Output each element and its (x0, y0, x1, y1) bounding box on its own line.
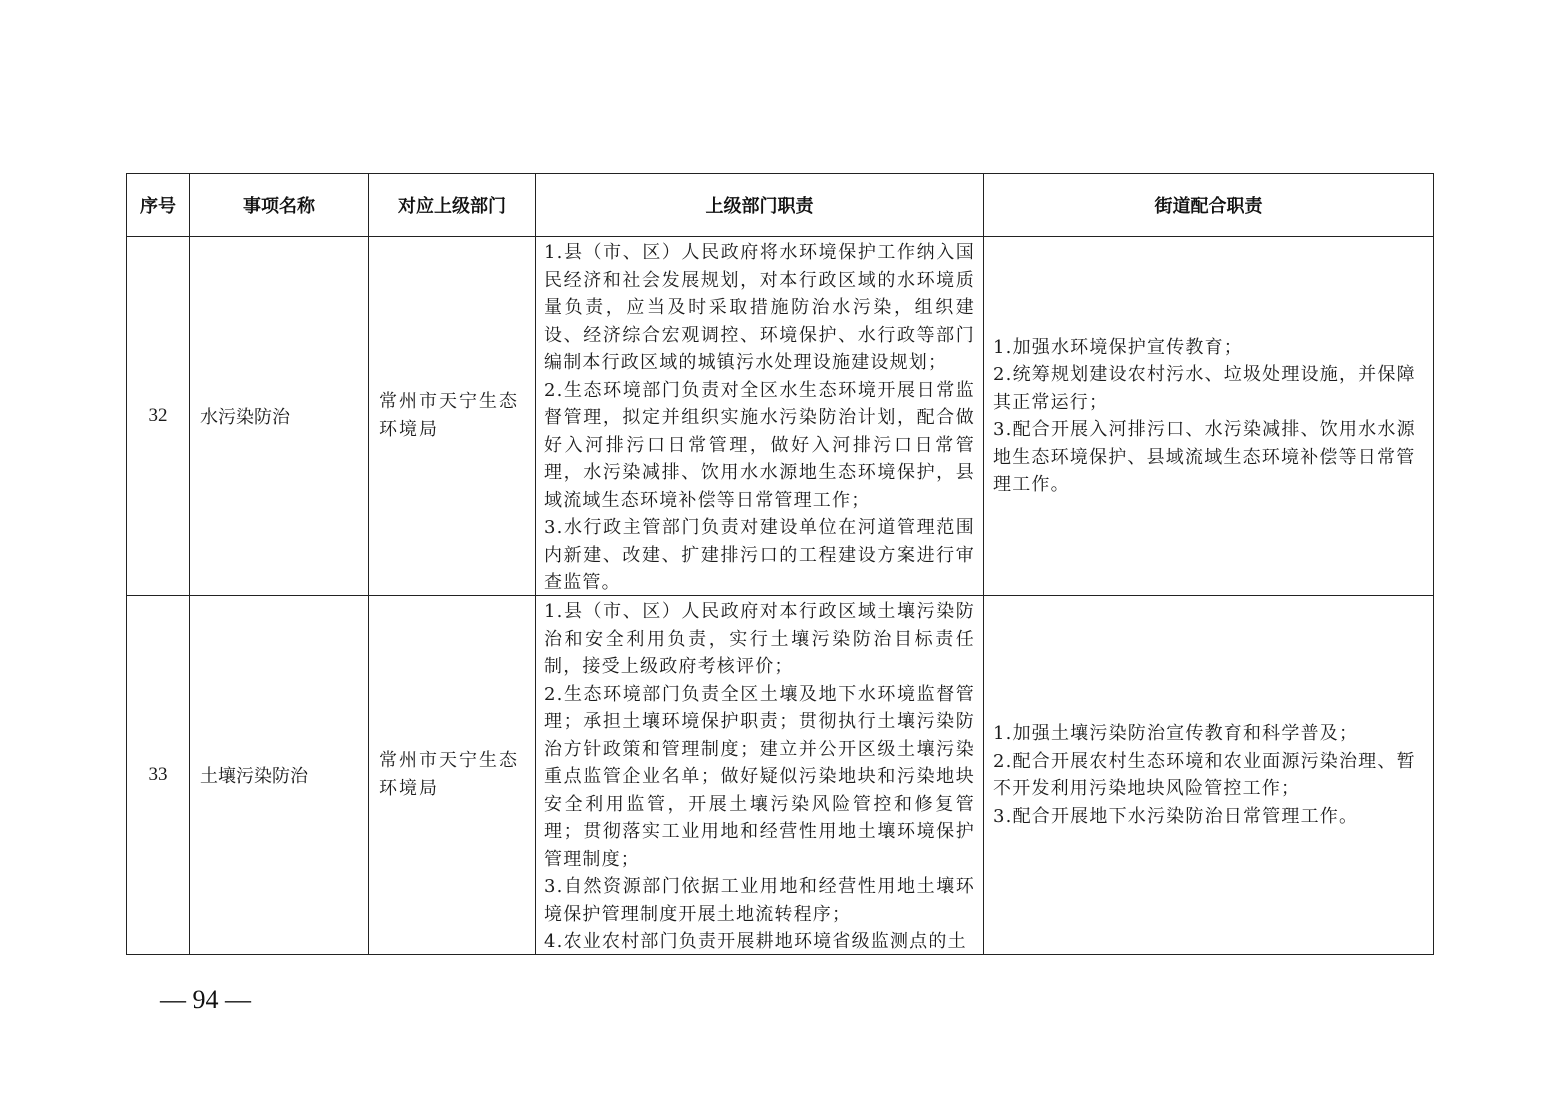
duty-paragraph: 1.县（市、区）人民政府对本行政区域土壤污染防治和安全利用负责，实行土壤污染防治… (544, 598, 975, 681)
row-superior-duties: 1.县（市、区）人民政府将水环境保护工作纳入国民经济和社会发展规划，对本行政区域… (536, 237, 984, 596)
header-department: 对应上级部门 (369, 174, 536, 237)
table-row: 32 水污染防治 常州市天宁生态环境局 1.县（市、区）人民政府将水环境保护工作… (127, 237, 1434, 596)
row-number: 32 (127, 237, 190, 596)
row-superior-duties: 1.县（市、区）人民政府对本行政区域土壤污染防治和安全利用负责，实行土壤污染防治… (536, 596, 984, 955)
duty-paragraph: 2.生态环境部门负责对全区水生态环境开展日常监督管理，拟定并组织实施水污染防治计… (544, 377, 975, 515)
duty-paragraph: 1.县（市、区）人民政府将水环境保护工作纳入国民经济和社会发展规划，对本行政区域… (544, 239, 975, 377)
row-street-duties: 1.加强水环境保护宣传教育； 2.统筹规划建设农村污水、垃圾处理设施，并保障其正… (984, 237, 1434, 596)
duty-paragraph: 3.自然资源部门依据工业用地和经营性用地土壤环境保护管理制度开展土地流转程序； (544, 873, 975, 928)
header-item-name: 事项名称 (190, 174, 369, 237)
duty-paragraph: 2.生态环境部门负责全区土壤及地下水环境监督管理；承担土壤环境保护职责；贯彻执行… (544, 681, 975, 874)
street-duty-paragraph: 3.配合开展地下水污染防治日常管理工作。 (993, 803, 1425, 831)
row-item-name: 土壤污染防治 (190, 596, 369, 955)
header-superior-duties: 上级部门职责 (536, 174, 984, 237)
row-street-duties: 1.加强土壤污染防治宣传教育和科学普及； 2.配合开展农村生态环境和农业面源污染… (984, 596, 1434, 955)
street-duty-paragraph: 1.加强水环境保护宣传教育； (993, 334, 1425, 362)
row-department: 常州市天宁生态环境局 (369, 596, 536, 955)
table-row: 33 土壤污染防治 常州市天宁生态环境局 1.县（市、区）人民政府对本行政区域土… (127, 596, 1434, 955)
header-street-duties: 街道配合职责 (984, 174, 1434, 237)
duty-paragraph: 4.农业农村部门负责开展耕地环境省级监测点的土 (544, 928, 975, 952)
street-duty-paragraph: 2.配合开展农村生态环境和农业面源污染治理、暂不开发利用污染地块风险管控工作； (993, 748, 1425, 803)
duty-paragraph: 3.水行政主管部门负责对建设单位在河道管理范围内新建、改建、扩建排污口的工程建设… (544, 514, 975, 593)
page-number: — 94 — (160, 985, 251, 1015)
row-item-name: 水污染防治 (190, 237, 369, 596)
document-page: 序号 事项名称 对应上级部门 上级部门职责 街道配合职责 32 水污染防治 常州… (0, 0, 1559, 1102)
street-duty-paragraph: 2.统筹规划建设农村污水、垃圾处理设施，并保障其正常运行； (993, 361, 1425, 416)
responsibility-table: 序号 事项名称 对应上级部门 上级部门职责 街道配合职责 32 水污染防治 常州… (126, 173, 1434, 955)
row-number: 33 (127, 596, 190, 955)
row-department: 常州市天宁生态环境局 (369, 237, 536, 596)
header-number: 序号 (127, 174, 190, 237)
street-duty-paragraph: 3.配合开展入河排污口、水污染减排、饮用水水源地生态环境保护、县域流域生态环境补… (993, 416, 1425, 499)
table-header-row: 序号 事项名称 对应上级部门 上级部门职责 街道配合职责 (127, 174, 1434, 237)
street-duty-paragraph: 1.加强土壤污染防治宣传教育和科学普及； (993, 720, 1425, 748)
